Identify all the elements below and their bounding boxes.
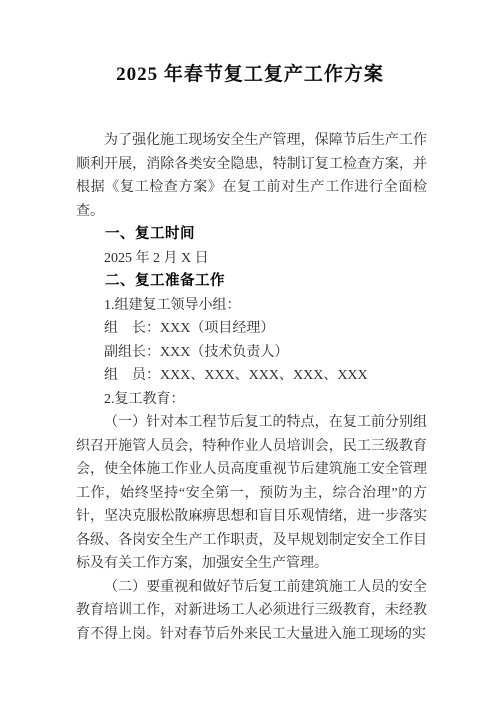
prep-item-2-line: 2.复工教育： bbox=[76, 388, 427, 412]
section-1-heading: 一、复工时间 bbox=[76, 223, 427, 247]
resume-date-line: 2025 年 2 月 X 日 bbox=[76, 247, 427, 271]
education-paragraph-1: （一）针对本工程节后复工的特点，在复工前分别组织召开施管人员会，特种作业人员培训… bbox=[76, 411, 427, 576]
intro-paragraph: 为了强化施工现场安全生产管理，保障节后生产工作顺利开展，消除各类安全隐患，特制订… bbox=[76, 129, 427, 223]
team-leader-line: 组 长：XXX（项目经理） bbox=[76, 317, 427, 341]
document-page: 2025 年春节复工复产工作方案 为了强化施工现场安全生产管理，保障节后生产工作… bbox=[0, 0, 500, 707]
section-2-heading: 二、复工准备工作 bbox=[76, 270, 427, 294]
team-deputy-leader-line: 副组长：XXX（技术负责人） bbox=[76, 341, 427, 365]
prep-item-1-line: 1.组建复工领导小组： bbox=[76, 294, 427, 318]
team-members-line: 组 员：XXX、XXX、XXX、XXX、XXX bbox=[76, 364, 427, 388]
document-body: 为了强化施工现场安全生产管理，保障节后生产工作顺利开展，消除各类安全隐患，特制订… bbox=[76, 129, 427, 646]
document-title: 2025 年春节复工复产工作方案 bbox=[0, 0, 500, 88]
education-paragraph-2: （二）要重视和做好节后复工前建筑施工人员的安全教育培训工作，对新进场工人必须进行… bbox=[76, 576, 427, 647]
